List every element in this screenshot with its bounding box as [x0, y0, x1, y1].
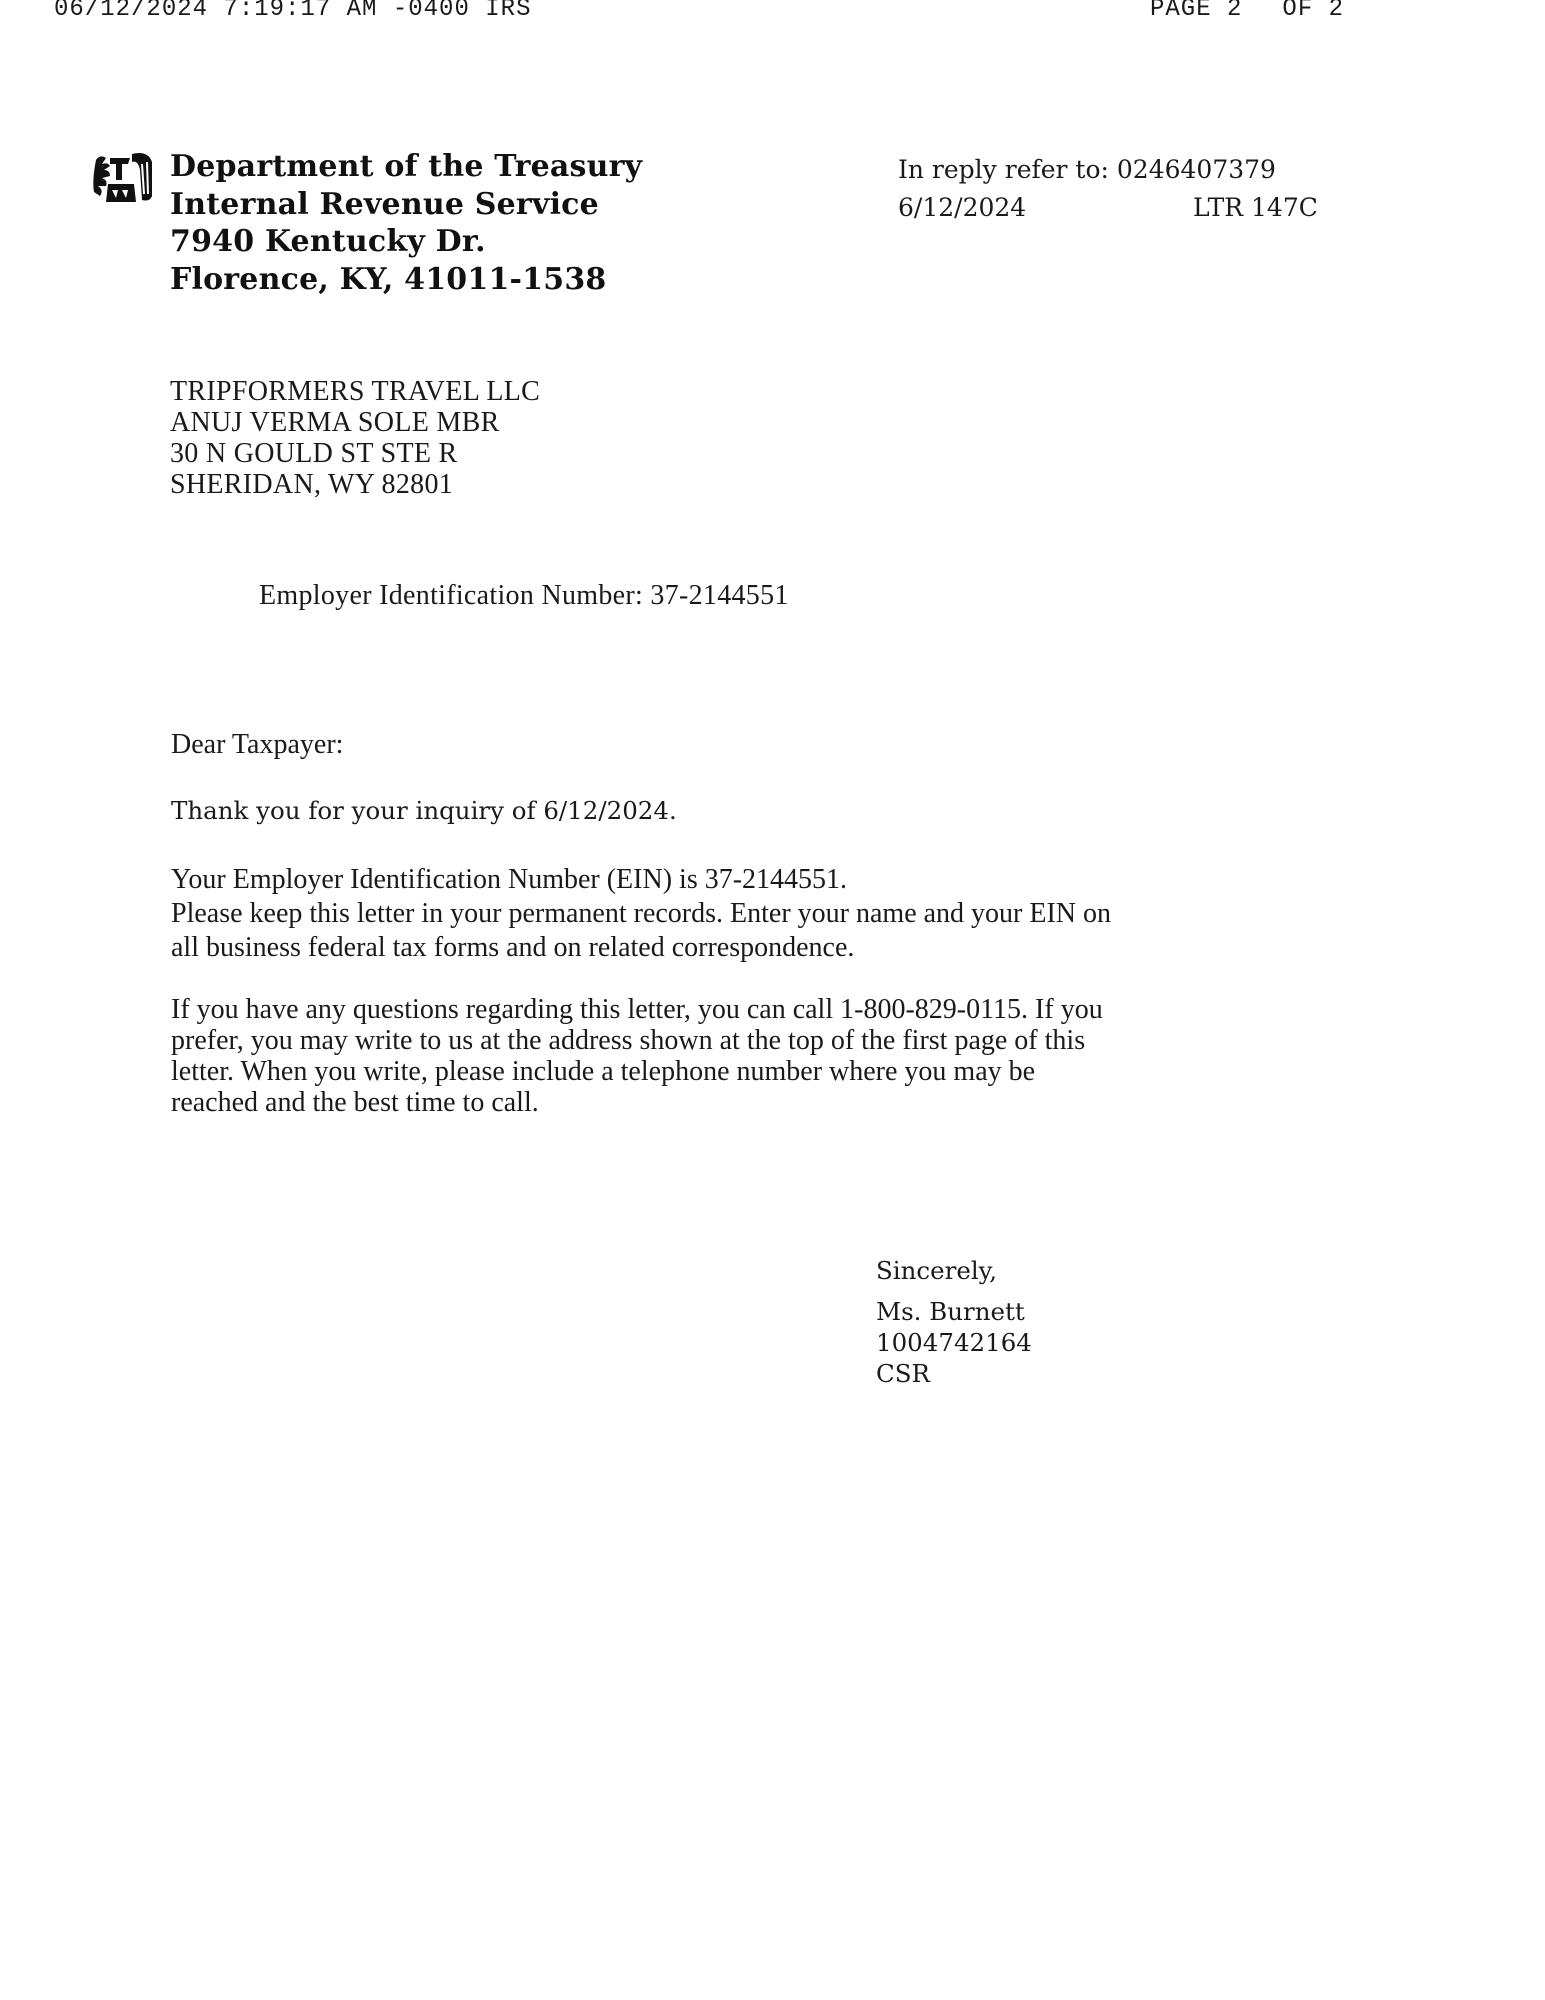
signer-title: CSR — [876, 1358, 1032, 1389]
reference-block: In reply refer to: 0246407379 6/12/2024 … — [898, 151, 1338, 227]
signature-block: Sincerely, Ms. Burnett 1004742164 CSR — [876, 1255, 1032, 1389]
thanks-line: Thank you for your inquiry of 6/12/2024. — [171, 796, 677, 825]
closing-salutation: Sincerely, — [876, 1255, 1032, 1286]
page-label: PAGE 2 — [1150, 0, 1242, 23]
recipient-address: TRIPFORMERS TRAVEL LLC ANUJ VERMA SOLE M… — [170, 376, 540, 500]
paragraph-line: Please keep this letter in your permanen… — [171, 897, 1111, 931]
reply-reference: In reply refer to: 0246407379 — [898, 151, 1338, 189]
paragraph-line: If you have any questions regarding this… — [171, 994, 1103, 1025]
page-of: OF 2 — [1282, 0, 1344, 23]
paragraph-line: Your Employer Identification Number (EIN… — [171, 863, 1111, 897]
agency-department: Department of the Treasury — [170, 148, 642, 186]
ein-paragraph: Your Employer Identification Number (EIN… — [171, 863, 1111, 965]
agency-letterhead: Department of the Treasury Internal Reve… — [170, 148, 642, 298]
recipient-line: SHERIDAN, WY 82801 — [170, 469, 540, 500]
ein-reference-line: Employer Identification Number: 37-21445… — [259, 580, 789, 612]
contact-paragraph: If you have any questions regarding this… — [171, 994, 1103, 1118]
signer-name: Ms. Burnett — [876, 1296, 1032, 1327]
fax-header: 06/12/2024 7:19:17 AM -0400 IRS PAGE 2OF… — [0, 0, 1545, 31]
paragraph-line: reached and the best time to call. — [171, 1087, 1103, 1118]
letter-code: LTR 147C — [1193, 189, 1318, 227]
recipient-line: TRIPFORMERS TRAVEL LLC — [170, 376, 540, 407]
paragraph-line: letter. When you write, please include a… — [171, 1056, 1103, 1087]
letter-date: 6/12/2024 — [898, 193, 1026, 222]
signer-id: 1004742164 — [876, 1327, 1032, 1358]
salutation: Dear Taxpayer: — [171, 729, 343, 761]
recipient-line: ANUJ VERMA SOLE MBR — [170, 407, 540, 438]
irs-eagle-seal-icon — [90, 150, 156, 206]
agency-city: Florence, KY, 41011-1538 — [170, 261, 642, 299]
fax-timestamp: 06/12/2024 7:19:17 AM -0400 IRS — [54, 0, 531, 23]
paragraph-line: prefer, you may write to us at the addre… — [171, 1025, 1103, 1056]
agency-service: Internal Revenue Service — [170, 186, 642, 224]
paragraph-line: all business federal tax forms and on re… — [171, 931, 1111, 965]
recipient-line: 30 N GOULD ST STE R — [170, 438, 540, 469]
fax-page-indicator: PAGE 2OF 2 — [1150, 0, 1344, 23]
reference-date-row: 6/12/2024 LTR 147C — [898, 189, 1338, 227]
agency-street: 7940 Kentucky Dr. — [170, 223, 642, 261]
